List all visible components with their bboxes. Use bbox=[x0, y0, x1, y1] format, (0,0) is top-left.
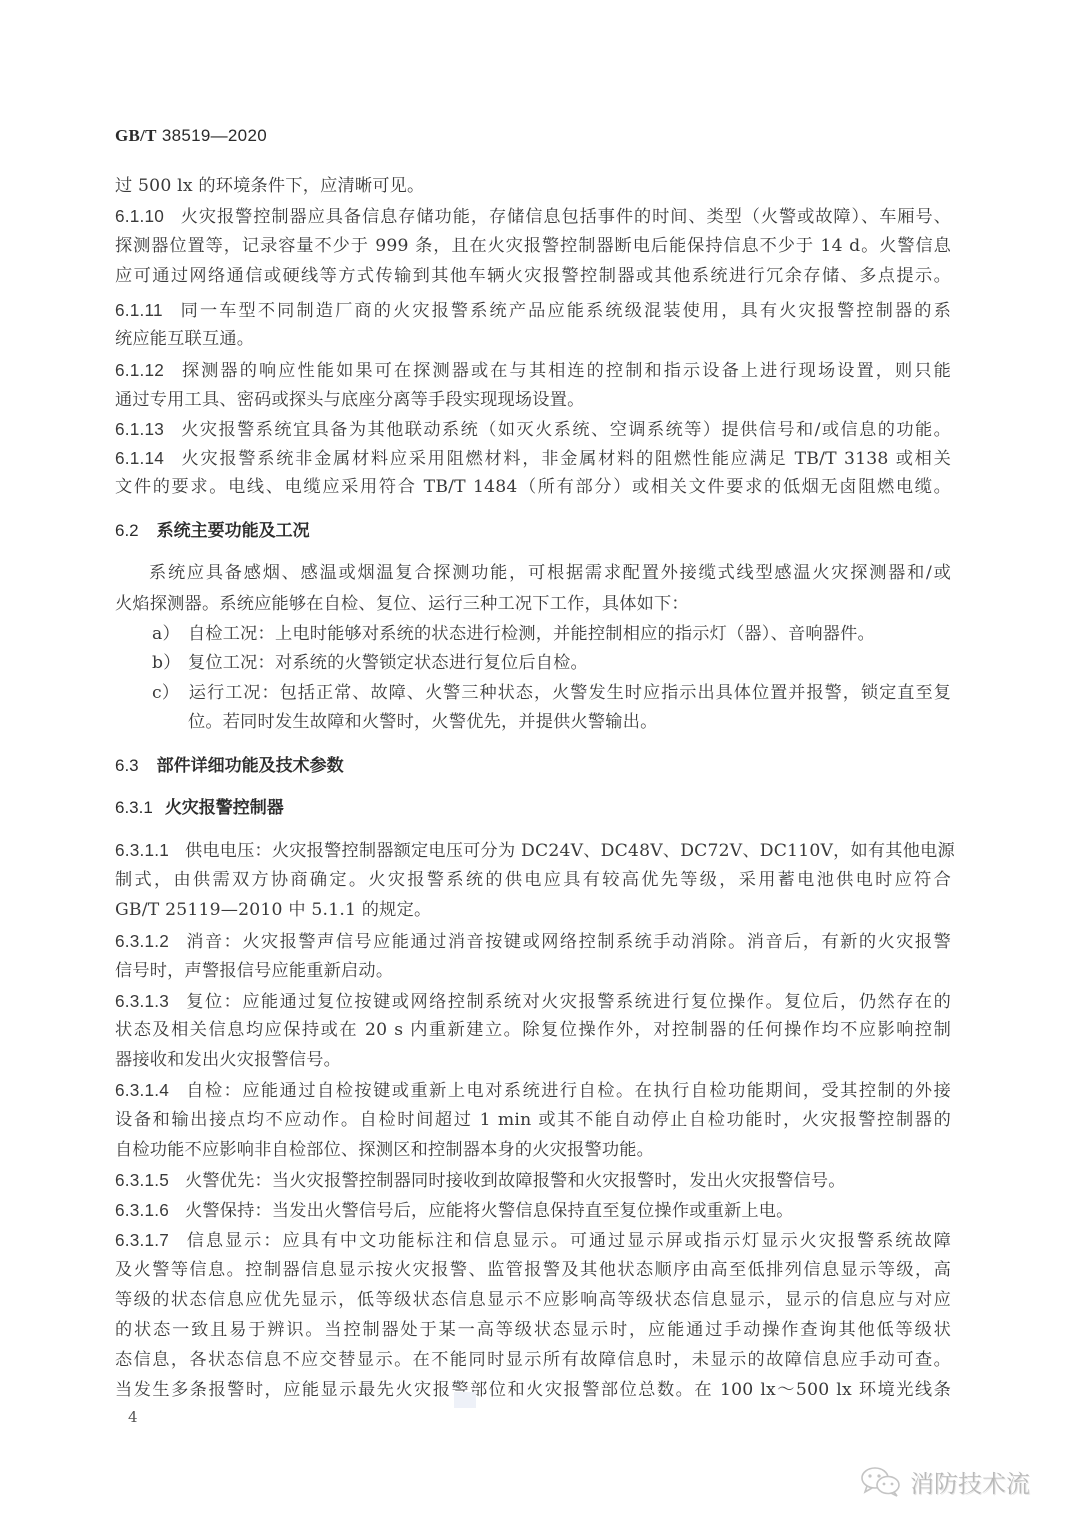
paragraph-line: 等级的状态信息应优先显示，低等级状态信息显示不应影响高等级状态信息显示，显示的信… bbox=[115, 1289, 951, 1311]
paragraph-line: 态信息，各状态信息不应交替显示。在不能同时显示所有故障信息时，未显示的故障信息应… bbox=[115, 1349, 951, 1371]
section-heading-6-2: 6.2系统主要功能及工况 bbox=[115, 520, 310, 542]
paragraph-line: 应可通过网络通信或硬线等方式传输到其他车辆火灾报警控制器或其他系统进行冗余存储、… bbox=[115, 265, 951, 287]
clause-6-3-1-7: 6.3.1.7信息显示：应具有中文功能标注和信息显示。可通过显示屏或指示灯显示火… bbox=[115, 1229, 951, 1252]
clause-number: 6.1.13 bbox=[115, 419, 164, 439]
paragraph-line: 信号时，声警报信号应能重新启动。 bbox=[115, 960, 951, 982]
paragraph-line: 通过专用工具、密码或探头与底座分离等手段实现现场设置。 bbox=[115, 389, 951, 411]
clause-text: 信息显示：应具有中文功能标注和信息显示。可通过显示屏或指示灯显示火灾报警系统故障 bbox=[185, 1231, 951, 1251]
list-item-a: a）自检工况：上电时能够对系统的状态进行检测，并能控制相应的指示灯（器）、音响器… bbox=[152, 623, 951, 645]
clause-6-1-11: 6.1.11同一车型不同制造厂商的火灾报警系统产品应能系统级混装使用，具有火灾报… bbox=[115, 299, 951, 322]
clause-text: 火警保持：当发出火警信号后，应能将火警信息保持直至复位操作或重新上电。 bbox=[185, 1201, 794, 1221]
list-item-b: b）复位工况：对系统的火警锁定状态进行复位后自检。 bbox=[152, 652, 951, 674]
clause-6-3-1-1: 6.3.1.1供电电压：火灾报警控制器额定电压可分为 DC24V、DC48V、D… bbox=[115, 839, 951, 862]
clause-text: 火灾报警系统非金属材料应采用阻燃材料，非金属材料的阻燃性能应满足 TB/T 31… bbox=[180, 449, 951, 469]
clause-number: 6.3.1.5 bbox=[115, 1170, 169, 1190]
subsection-title: 火灾报警控制器 bbox=[165, 798, 284, 818]
clause-6-1-13: 6.1.13火灾报警系统宜具备为其他联动系统（如灭火系统、空调系统等）提供信号和… bbox=[115, 418, 951, 441]
paragraph-line: 制式，由供需双方协商确定。火灾报警系统的供电应具有较高优先等级，采用蓄电池供电时… bbox=[115, 869, 951, 891]
clause-number: 6.3.1.4 bbox=[115, 1080, 169, 1100]
wechat-icon bbox=[860, 1466, 902, 1498]
clause-6-3-1-6: 6.3.1.6火警保持：当发出火警信号后，应能将火警信息保持直至复位操作或重新上… bbox=[115, 1199, 951, 1222]
clause-number: 6.1.10 bbox=[115, 206, 164, 226]
clause-6-3-1-2: 6.3.1.2消音：火灾报警声信号应能通过消音按键或网络控制系统手动消除。消音后… bbox=[115, 930, 951, 953]
paragraph-line: 文件的要求。电线、电缆应采用符合 TB/T 1484（所有部分）或相关文件要求的… bbox=[115, 476, 951, 498]
list-label: a） bbox=[152, 623, 188, 645]
clause-text: 探测器的响应性能如果可在探测器或在与其相连的控制和指示设备上进行现场设置，则只能 bbox=[180, 361, 951, 381]
subsection-number: 6.3.1 bbox=[115, 798, 153, 817]
clause-number: 6.3.1.1 bbox=[115, 840, 169, 860]
section-title: 部件详细功能及技术参数 bbox=[157, 756, 344, 776]
document-page: GB/T 38519—2020 过 500 lx 的环境条件下，应清晰可见。 6… bbox=[0, 0, 1080, 1527]
clause-text: 火警优先：当火灾报警控制器同时接收到故障报警和火灾报警时，发出火灾报警信号。 bbox=[185, 1171, 846, 1191]
clause-number: 6.1.11 bbox=[115, 300, 163, 320]
section-title: 系统主要功能及工况 bbox=[157, 521, 310, 541]
paragraph-line: 当发生多条报警时，应能显示最先火灾报警部位和火灾报警部位总数。在 100 lx～… bbox=[115, 1379, 951, 1401]
clause-number: 6.3.1.7 bbox=[115, 1230, 169, 1250]
clause-6-3-1-5: 6.3.1.5火警优先：当火灾报警控制器同时接收到故障报警和火灾报警时，发出火灾… bbox=[115, 1169, 951, 1192]
clause-text: 火灾报警系统宜具备为其他联动系统（如灭火系统、空调系统等）提供信号和/或信息的功… bbox=[180, 420, 951, 440]
paragraph-line: 过 500 lx 的环境条件下，应清晰可见。 bbox=[115, 175, 951, 197]
clause-text: 火灾报警控制器应具备信息存储功能，存储信息包括事件的时间、类型（火警或故障）、车… bbox=[180, 207, 951, 227]
paragraph-line: 的状态一致且易于辨识。当控制器处于某一高等级状态显示时，应能通过手动操作查询其他… bbox=[115, 1319, 951, 1341]
paragraph-line: 自检功能不应影响非自检部位、探测区和控制器本身的火灾报警功能。 bbox=[115, 1139, 951, 1161]
paragraph-line: 设备和输出接点均不应动作。自检时间超过 1 min 或其不能自动停止自检功能时，… bbox=[115, 1109, 951, 1131]
clause-text: 复位：应能通过复位按键或网络控制系统对火灾报警系统进行复位操作。复位后，仍然存在… bbox=[185, 992, 951, 1012]
paragraph-line: 状态及相关信息均应保持或在 20 s 内重新建立。除复位操作外，对控制器的任何操… bbox=[115, 1019, 951, 1041]
watermark-text: 消防技术流 bbox=[910, 1464, 1030, 1499]
clause-6-1-14: 6.1.14火灾报警系统非金属材料应采用阻燃材料，非金属材料的阻燃性能应满足 T… bbox=[115, 447, 951, 470]
list-text: 自检工况：上电时能够对系统的状态进行检测，并能控制相应的指示灯（器）、音响器件。 bbox=[188, 624, 875, 644]
list-label: c） bbox=[152, 682, 188, 704]
section-number: 6.2 bbox=[115, 521, 139, 540]
subsection-heading-6-3-1: 6.3.1火灾报警控制器 bbox=[115, 797, 284, 819]
watermark: 消防技术流 bbox=[860, 1464, 1030, 1499]
paragraph-line: 器接收和发出火灾报警信号。 bbox=[115, 1049, 951, 1071]
paragraph-line: 及火警等信息。控制器信息显示按火灾报警、监管报警及其他状态顺序由高至低排列信息显… bbox=[115, 1259, 951, 1281]
paragraph-line: 系统应具备感烟、感温或烟温复合探测功能，可根据需求配置外接缆式线型感温火灾探测器… bbox=[149, 562, 951, 584]
list-item-c: c）运行工况：包括正常、故障、火警三种状态，火警发生时应指示出具体位置并报警，锁… bbox=[152, 682, 951, 704]
standard-code-prefix: GB/T bbox=[115, 126, 157, 145]
standard-code-number: 38519—2020 bbox=[162, 126, 267, 145]
section-heading-6-3: 6.3部件详细功能及技术参数 bbox=[115, 755, 344, 777]
clause-text: 供电电压：火灾报警控制器额定电压可分为 DC24V、DC48V、DC72V、DC… bbox=[185, 841, 955, 861]
list-text: 运行工况：包括正常、故障、火警三种状态，火警发生时应指示出具体位置并报警，锁定直… bbox=[188, 683, 951, 703]
clause-text: 同一车型不同制造厂商的火灾报警系统产品应能系统级混装使用，具有火灾报警控制器的系 bbox=[179, 301, 951, 321]
clause-number: 6.3.1.3 bbox=[115, 991, 169, 1011]
list-label: b） bbox=[152, 652, 188, 674]
clause-number: 6.1.12 bbox=[115, 360, 164, 380]
paragraph-line: 统应能互联互通。 bbox=[115, 328, 951, 350]
clause-number: 6.1.14 bbox=[115, 448, 164, 468]
clause-text: 自检：应能通过自检按键或重新上电对系统进行自检。在执行自检功能期间，受其控制的外… bbox=[185, 1081, 951, 1101]
clause-6-1-12: 6.1.12探测器的响应性能如果可在探测器或在与其相连的控制和指示设备上进行现场… bbox=[115, 359, 951, 382]
clause-6-3-1-3: 6.3.1.3复位：应能通过复位按键或网络控制系统对火灾报警系统进行复位操作。复… bbox=[115, 990, 951, 1013]
list-text: 复位工况：对系统的火警锁定状态进行复位后自检。 bbox=[188, 653, 588, 673]
paragraph-line: 火焰探测器。系统应能够在自检、复位、运行三种工况下工作，具体如下： bbox=[115, 593, 951, 615]
list-item-continuation: 位。若同时发生故障和火警时，火警优先，并提供火警输出。 bbox=[188, 711, 951, 733]
clause-number: 6.3.1.6 bbox=[115, 1200, 169, 1220]
clause-number: 6.3.1.2 bbox=[115, 931, 169, 951]
clause-6-3-1-4: 6.3.1.4自检：应能通过自检按键或重新上电对系统进行自检。在执行自检功能期间… bbox=[115, 1079, 951, 1102]
paragraph-line: 探测器位置等，记录容量不少于 999 条，且在火灾报警控制器断电后能保持信息不少… bbox=[115, 235, 951, 257]
clause-text: 消音：火灾报警声信号应能通过消音按键或网络控制系统手动消除。消音后，有新的火灾报… bbox=[185, 932, 951, 952]
clause-6-1-10: 6.1.10火灾报警控制器应具备信息存储功能，存储信息包括事件的时间、类型（火警… bbox=[115, 205, 951, 228]
section-number: 6.3 bbox=[115, 756, 139, 775]
scan-artifact bbox=[454, 1392, 476, 1408]
paragraph-line: GB/T 25119—2010 中 5.1.1 的规定。 bbox=[115, 899, 951, 921]
page-number: 4 bbox=[128, 1408, 138, 1426]
standard-code: GB/T 38519—2020 bbox=[115, 126, 267, 146]
